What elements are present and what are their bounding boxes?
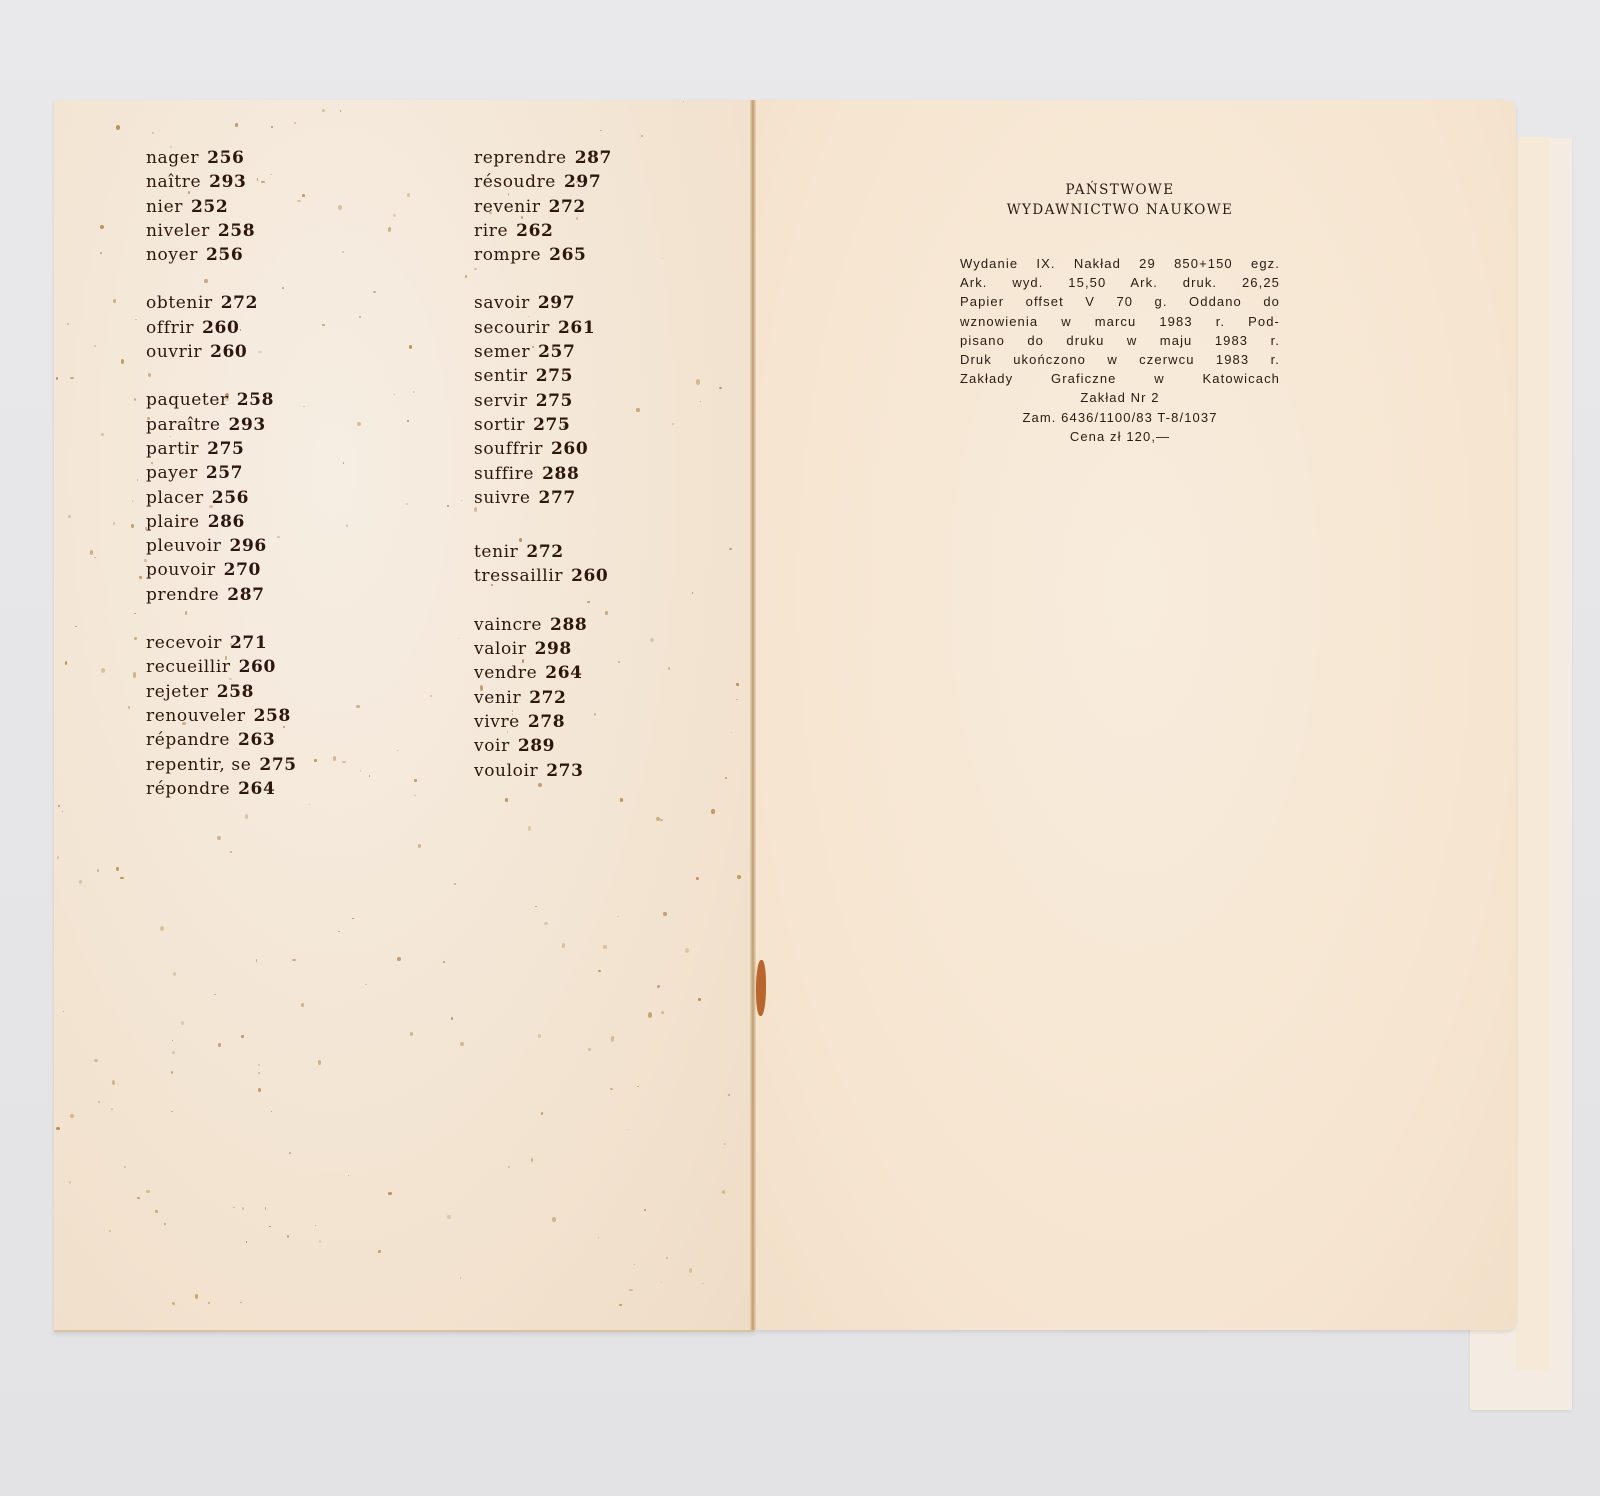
- entry-page: 275: [536, 366, 573, 386]
- entry-page: 278: [528, 712, 565, 732]
- foxing-speck: [672, 423, 673, 425]
- foxing-speck: [258, 1088, 261, 1092]
- foxing-speck: [315, 1225, 316, 1226]
- entry-word: offrir: [146, 318, 194, 338]
- foxing-speck: [728, 1094, 730, 1096]
- foxing-speck: [342, 251, 344, 253]
- foxing-speck: [648, 1012, 652, 1018]
- foxing-speck: [246, 1241, 248, 1242]
- entry-page: 260: [551, 439, 588, 459]
- foxing-speck: [460, 1042, 464, 1046]
- index-group-r: recevoir271 recueillir260 rejeter258 ren…: [146, 631, 297, 801]
- foxing-speck: [160, 926, 164, 931]
- index-entry: résoudre297: [474, 170, 612, 194]
- entry-page: 293: [209, 172, 246, 192]
- index-entry: vouloir273: [474, 759, 612, 783]
- foxing-speck: [338, 931, 339, 932]
- foxing-speck: [600, 130, 601, 131]
- foxing-speck: [662, 258, 664, 259]
- foxing-speck: [90, 550, 94, 555]
- foxing-speck: [100, 252, 102, 254]
- entry-word: tenir: [474, 542, 518, 562]
- foxing-speck: [172, 1051, 176, 1054]
- foxing-speck: [397, 750, 398, 751]
- entry-word: paqueter: [146, 390, 229, 410]
- index-group-n: nager256 naître293 nier252 niveler258 no…: [146, 146, 297, 267]
- entry-page: 297: [538, 293, 575, 313]
- foxing-speck: [443, 961, 445, 963]
- foxing-speck: [538, 1034, 541, 1037]
- entry-page: 287: [575, 148, 612, 168]
- foxing-speck: [256, 959, 258, 961]
- entry-word: partir: [146, 439, 199, 459]
- foxing-speck: [240, 1302, 242, 1303]
- foxing-speck: [121, 359, 124, 364]
- index-entry: obtenir272: [146, 291, 297, 315]
- foxing-speck: [70, 1114, 74, 1118]
- index-entry: suffire288: [474, 462, 612, 486]
- foxing-speck: [208, 1302, 210, 1304]
- index-entry: reprendre287: [474, 146, 612, 170]
- entry-word: savoir: [474, 293, 530, 313]
- imprint-line: Druk ukończono w czerwcu 1983 r.: [960, 350, 1280, 369]
- index-entry: savoir297: [474, 291, 612, 315]
- foxing-speck: [461, 500, 462, 501]
- foxing-speck: [644, 1209, 646, 1210]
- entry-word: recueillir: [146, 657, 231, 677]
- foxing-speck: [528, 826, 532, 831]
- index-entry: revenir272: [474, 195, 612, 219]
- foxing-speck: [660, 819, 663, 821]
- foxing-speck: [562, 943, 565, 947]
- entry-word: rejeter: [146, 682, 209, 702]
- index-entry: secourir261: [474, 316, 612, 340]
- foxing-speck: [736, 699, 738, 701]
- foxing-speck: [397, 957, 401, 961]
- foxing-speck: [531, 1158, 533, 1161]
- foxing-speck: [731, 732, 732, 733]
- index-entry: tenir272: [474, 540, 612, 564]
- publisher-line-1: PAŃSTWOWE: [960, 180, 1280, 200]
- entry-page: 260: [239, 657, 276, 677]
- entry-word: payer: [146, 463, 198, 483]
- foxing-speck: [360, 770, 361, 771]
- foxing-speck: [719, 387, 722, 389]
- foxing-speck: [258, 1064, 260, 1066]
- foxing-speck: [171, 1111, 173, 1112]
- index-entry: valoir298: [474, 637, 612, 661]
- foxing-speck: [737, 875, 741, 879]
- foxing-speck: [729, 548, 732, 550]
- foxing-speck: [343, 462, 345, 463]
- entry-word: voir: [474, 736, 510, 756]
- page-stack-edge: [1516, 137, 1550, 1370]
- entry-page: 273: [546, 761, 583, 781]
- index-entry: paqueter258: [146, 388, 297, 412]
- foxing-speck: [359, 316, 361, 319]
- entry-page: 286: [208, 512, 245, 532]
- entry-word: niveler: [146, 221, 210, 241]
- entry-word: secourir: [474, 318, 550, 338]
- entry-word: revenir: [474, 197, 541, 217]
- index-entry: recueillir260: [146, 655, 297, 679]
- index-entry: nier252: [146, 195, 297, 219]
- entry-word: noyer: [146, 245, 198, 265]
- foxing-speck: [340, 110, 341, 111]
- entry-page: 287: [227, 585, 264, 605]
- foxing-speck: [725, 777, 727, 779]
- entry-page: 297: [564, 172, 601, 192]
- index-column-1: nager256 naître293 nier252 niveler258 no…: [146, 146, 297, 825]
- entry-page: 265: [549, 245, 586, 265]
- entry-page: 293: [229, 415, 266, 435]
- foxing-speck: [287, 1235, 289, 1238]
- foxing-speck: [698, 998, 701, 1001]
- foxing-speck: [230, 851, 232, 853]
- foxing-speck: [369, 775, 370, 777]
- index-entry: payer257: [146, 461, 297, 485]
- index-entry: rompre265: [474, 243, 612, 267]
- foxing-speck: [414, 779, 417, 782]
- foxing-speck: [309, 804, 310, 805]
- entry-word: servir: [474, 391, 528, 411]
- foxing-speck: [666, 1257, 668, 1259]
- foxing-speck: [69, 1181, 71, 1184]
- foxing-speck: [451, 1017, 453, 1020]
- foxing-speck: [692, 592, 693, 594]
- foxing-speck: [137, 479, 139, 481]
- foxing-speck: [696, 379, 700, 384]
- foxing-speck: [588, 1048, 591, 1050]
- imprint-plant-number: Zakład Nr 2: [960, 388, 1280, 407]
- foxing-speck: [598, 1237, 599, 1238]
- entry-word: suivre: [474, 488, 531, 508]
- entry-word: souffrir: [474, 439, 543, 459]
- foxing-speck: [172, 1302, 175, 1305]
- foxing-speck: [598, 970, 601, 972]
- foxing-speck: [289, 1152, 291, 1154]
- imprint-line: Ark. wyd. 15,50 Ark. druk. 26,25: [960, 273, 1280, 292]
- entry-word: répondre: [146, 779, 230, 799]
- entry-word: naître: [146, 172, 201, 192]
- entry-word: prendre: [146, 585, 219, 605]
- foxing-speck: [406, 503, 408, 505]
- foxing-speck: [134, 637, 137, 640]
- foxing-speck: [458, 638, 459, 639]
- index-entry: partir275: [146, 437, 297, 461]
- entry-page: 272: [549, 197, 586, 217]
- foxing-speck: [413, 391, 415, 392]
- foxing-speck: [322, 109, 326, 113]
- foxing-speck: [414, 795, 416, 797]
- imprint-line: Papier offset V 70 g. Oddano do: [960, 292, 1280, 311]
- foxing-speck: [63, 1011, 64, 1012]
- foxing-speck: [393, 214, 396, 217]
- foxing-speck: [465, 275, 467, 278]
- foxing-speck: [128, 706, 130, 709]
- book-gutter: [750, 100, 756, 1330]
- index-column-2: reprendre287 résoudre297 revenir272 rire…: [474, 146, 612, 807]
- foxing-speck: [634, 1264, 635, 1265]
- entry-page: 272: [526, 542, 563, 562]
- entry-page: 275: [536, 391, 573, 411]
- foxing-speck: [322, 324, 325, 326]
- index-entry: souffrir260: [474, 437, 612, 461]
- foxing-speck: [70, 377, 74, 379]
- foxing-speck: [636, 408, 640, 412]
- entry-word: sentir: [474, 366, 528, 386]
- foxing-speck: [100, 225, 104, 229]
- imprint-line: Wydanie IX. Nakład 29 850+150 egz.: [960, 254, 1280, 273]
- foxing-speck: [657, 985, 660, 988]
- index-entry: servir275: [474, 389, 612, 413]
- foxing-speck: [171, 1071, 173, 1074]
- index-entry: répondre264: [146, 777, 297, 801]
- foxing-speck: [292, 959, 295, 962]
- entry-page: 264: [238, 779, 275, 799]
- foxing-speck: [629, 1289, 633, 1291]
- foxing-speck: [135, 319, 137, 320]
- index-entry: renouveler258: [146, 704, 297, 728]
- publisher-line-2: WYDAWNICTWO NAUKOWE: [960, 200, 1280, 220]
- index-entry: semer257: [474, 340, 612, 364]
- foxing-speck: [711, 809, 715, 813]
- index-entry: sortir275: [474, 413, 612, 437]
- entry-page: 275: [207, 439, 244, 459]
- foxing-speck: [356, 705, 360, 709]
- entry-page: 260: [210, 342, 247, 362]
- foxing-speck: [346, 524, 348, 527]
- foxing-speck: [663, 912, 667, 915]
- entry-page: 258: [254, 706, 291, 726]
- index-entry: naître293: [146, 170, 297, 194]
- foxing-speck: [342, 761, 346, 763]
- foxing-speck: [637, 1086, 638, 1087]
- foxing-speck: [152, 132, 154, 134]
- foxing-speck: [683, 101, 684, 102]
- index-entry: pleuvoir296: [146, 534, 297, 558]
- foxing-speck: [56, 1127, 60, 1130]
- entry-page: 258: [237, 390, 274, 410]
- index-entry: niveler258: [146, 219, 297, 243]
- index-entry: placer256: [146, 486, 297, 510]
- foxing-speck: [661, 1011, 664, 1014]
- index-entry: vendre264: [474, 661, 612, 685]
- foxing-speck: [410, 1032, 414, 1036]
- entry-page: 258: [217, 682, 254, 702]
- index-group-p: paqueter258 paraître293 partir275 payer2…: [146, 388, 297, 607]
- foxing-speck: [109, 1230, 111, 1232]
- foxing-speck: [164, 1223, 166, 1225]
- foxing-speck: [723, 1143, 726, 1145]
- foxing-speck: [333, 756, 337, 761]
- entry-word: obtenir: [146, 293, 213, 313]
- foxing-speck: [447, 505, 449, 507]
- foxing-speck: [79, 880, 82, 885]
- entry-word: vivre: [474, 712, 520, 732]
- entry-word: nager: [146, 148, 199, 168]
- entry-word: repentir, se: [146, 755, 251, 775]
- foxing-speck: [454, 883, 456, 885]
- entry-word: recevoir: [146, 633, 222, 653]
- entry-word: ouvrir: [146, 342, 202, 362]
- index-entry: tressaillir260: [474, 564, 612, 588]
- foxing-speck: [137, 1197, 140, 1200]
- entry-word: renouveler: [146, 706, 246, 726]
- foxing-speck: [269, 1226, 271, 1228]
- foxing-speck: [319, 1240, 321, 1243]
- index-entry: noyer256: [146, 243, 297, 267]
- foxing-speck: [620, 798, 624, 802]
- foxing-speck: [65, 661, 68, 665]
- entry-page: 272: [529, 688, 566, 708]
- foxing-speck: [116, 125, 120, 130]
- foxing-speck: [94, 557, 96, 558]
- index-entry: venir272: [474, 686, 612, 710]
- foxing-speck: [101, 433, 104, 437]
- imprint-line: wznowienia w marcu 1983 r. Pod-: [960, 312, 1280, 331]
- publisher-name: PAŃSTWOWE WYDAWNICTWO NAUKOWE: [960, 180, 1280, 220]
- foxing-speck: [541, 1112, 544, 1116]
- foxing-speck: [388, 1192, 392, 1195]
- entry-page: 260: [202, 318, 239, 338]
- foxing-speck: [378, 1250, 380, 1252]
- foxing-speck: [133, 672, 136, 677]
- foxing-speck: [460, 1277, 461, 1279]
- entry-page: 258: [218, 221, 255, 241]
- foxing-speck: [447, 1215, 451, 1220]
- foxing-speck: [656, 817, 660, 821]
- entry-word: résoudre: [474, 172, 556, 192]
- entry-word: rire: [474, 221, 508, 241]
- foxing-speck: [338, 205, 342, 210]
- foxing-speck: [357, 422, 361, 426]
- foxing-speck: [124, 1166, 127, 1168]
- index-entry: prendre287: [146, 583, 297, 607]
- entry-word: répandre: [146, 730, 230, 750]
- foxing-speck: [430, 695, 432, 697]
- foxing-speck: [297, 200, 301, 203]
- index-entry: recevoir271: [146, 631, 297, 655]
- imprint-line: pisano do druku w maju 1983 r.: [960, 331, 1280, 350]
- foxing-speck: [134, 613, 135, 614]
- foxing-speck: [373, 291, 376, 293]
- foxing-speck: [139, 576, 142, 579]
- entry-word: tressaillir: [474, 566, 563, 586]
- entry-page: 256: [212, 488, 249, 508]
- foxing-speck: [94, 345, 97, 347]
- foxing-speck: [394, 394, 395, 396]
- foxing-speck: [544, 922, 548, 925]
- imprint-block: Wydanie IX. Nakład 29 850+150 egz. Ark. …: [960, 254, 1280, 446]
- index-entry: répandre263: [146, 728, 297, 752]
- entry-page: 262: [516, 221, 553, 241]
- foxing-speck: [155, 1210, 158, 1213]
- entry-page: 256: [206, 245, 243, 265]
- foxing-speck: [132, 500, 133, 501]
- index-entry: nager256: [146, 146, 297, 170]
- foxing-speck: [418, 844, 421, 848]
- foxing-speck: [689, 1268, 692, 1273]
- foxing-speck: [535, 906, 536, 908]
- foxing-speck: [113, 299, 117, 303]
- index-group-t: tenir272 tressaillir260: [474, 540, 612, 589]
- entry-word: valoir: [474, 639, 527, 659]
- entry-word: reprendre: [474, 148, 567, 168]
- entry-word: sortir: [474, 415, 525, 435]
- index-entry: pouvoir270: [146, 558, 297, 582]
- foxing-speck: [348, 1175, 350, 1176]
- index-group-s: savoir297 secourir261 semer257 sentir275…: [474, 291, 612, 510]
- foxing-speck: [661, 1282, 662, 1283]
- entry-page: 256: [207, 148, 244, 168]
- index-group-r-cont: reprendre287 résoudre297 revenir272 rire…: [474, 146, 612, 267]
- entry-page: 261: [558, 318, 595, 338]
- foxing-speck: [294, 122, 295, 124]
- foxing-speck: [702, 1283, 704, 1284]
- entry-word: venir: [474, 688, 521, 708]
- foxing-speck: [214, 994, 216, 996]
- foxing-speck: [552, 1217, 556, 1222]
- entry-page: 270: [224, 560, 261, 580]
- entry-page: 263: [238, 730, 275, 750]
- entry-word: suffire: [474, 464, 534, 484]
- entry-page: 275: [533, 415, 570, 435]
- entry-page: 277: [539, 488, 576, 508]
- entry-word: pleuvoir: [146, 536, 222, 556]
- entry-page: 252: [191, 197, 228, 217]
- entry-page: 257: [538, 342, 575, 362]
- foxing-speck: [58, 805, 61, 807]
- entry-word: nier: [146, 197, 183, 217]
- index-entry: vivre278: [474, 710, 612, 734]
- foxing-speck: [700, 401, 701, 402]
- index-entry: vaincre288: [474, 613, 612, 637]
- foxing-speck: [409, 345, 413, 349]
- entry-page: 271: [230, 633, 267, 653]
- foxing-speck: [611, 1036, 615, 1041]
- foxing-speck: [101, 668, 105, 673]
- foxing-speck: [218, 1043, 221, 1047]
- index-entry: rejeter258: [146, 680, 297, 704]
- entry-page: 298: [535, 639, 572, 659]
- foxing-speck: [641, 135, 642, 137]
- foxing-speck: [258, 1072, 260, 1074]
- index-entry: paraître293: [146, 413, 297, 437]
- foxing-speck: [314, 759, 317, 762]
- entry-page: 272: [221, 293, 258, 313]
- entry-page: 288: [550, 615, 587, 635]
- foxing-speck: [619, 1304, 621, 1306]
- foxing-speck: [668, 667, 671, 670]
- foxing-speck: [685, 948, 689, 953]
- entry-page: 289: [518, 736, 555, 756]
- index-entry: plaire286: [146, 510, 297, 534]
- gutter-stain: [756, 960, 766, 1016]
- foxing-speck: [696, 877, 699, 880]
- foxing-speck: [134, 398, 136, 401]
- entry-word: placer: [146, 488, 204, 508]
- foxing-speck: [181, 1021, 184, 1026]
- entry-page: 260: [571, 566, 608, 586]
- foxing-speck: [388, 227, 391, 232]
- entry-word: rompre: [474, 245, 541, 265]
- index-entry: ouvrir260: [146, 340, 297, 364]
- entry-word: paraître: [146, 415, 221, 435]
- foxing-speck: [722, 1190, 725, 1194]
- entry-page: 275: [259, 755, 296, 775]
- entry-word: vaincre: [474, 615, 542, 635]
